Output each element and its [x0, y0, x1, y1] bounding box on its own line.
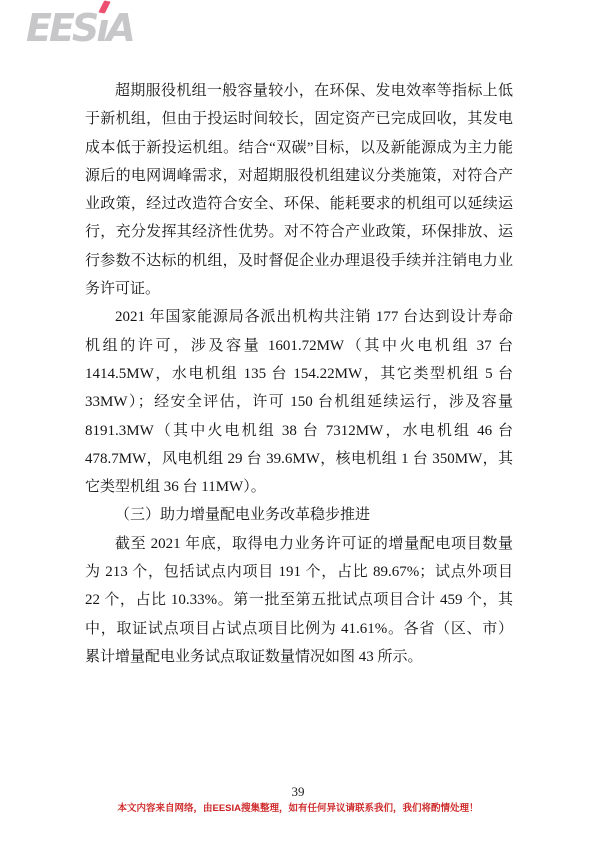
text-line: 机组的许可，涉及容量 1601.72MW（其中火电机组 37 台 [85, 332, 513, 360]
text-line: 行，充分发挥其经济性优势。对不符合产业政策，环保排放、运 [85, 218, 513, 246]
document-page: EESıA 超期服役机组一般容量较小，在环保、发电效率等指标上低于新机组，但由于… [0, 0, 596, 842]
logo-letter-i: ı [96, 5, 106, 51]
text-line: 2021 年国家能源局各派出机构共注销 177 台达到设计寿命 [85, 303, 513, 331]
page-number: 39 [0, 784, 596, 800]
text-line: 于新机组，但由于投运时间较长，固定资产已完成回收，其发电 [85, 105, 513, 133]
text-line: 行参数不达标的机组，及时督促企业办理退役手续并注销电力业 [85, 247, 513, 275]
text-line: 为 213 个，包括试点内项目 191 个，占比 89.67%；试点外项目 [85, 558, 513, 586]
text-line: 累计增量配电业务试点取证数量情况如图 43 所示。 [85, 643, 513, 671]
logo-text-prefix: EES [26, 6, 96, 50]
text-line: 22 个，占比 10.33%。第一批至第五批试点项目合计 459 个，其 [85, 586, 513, 614]
text-line: 超期服役机组一般容量较小，在环保、发电效率等指标上低 [85, 77, 513, 105]
document-body: 超期服役机组一般容量较小，在环保、发电效率等指标上低于新机组，但由于投运时间较长… [85, 77, 513, 671]
text-line: 成本低于新投运机组。结合“双碳”目标，以及新能源成为主力能 [85, 134, 513, 162]
text-line: 业政策，经过改造符合安全、环保、能耗要求的机组可以延续运 [85, 190, 513, 218]
text-line: 中，取证试点项目占试点项目比例为 41.61%。各省（区、市） [85, 615, 513, 643]
text-line: 截至 2021 年底，取得电力业务许可证的增量配电项目数量 [85, 530, 513, 558]
text-line: 478.7MW，风电机组 29 台 39.6MW，核电机组 1 台 350MW，… [85, 445, 513, 473]
logo-text-suffix: A [106, 6, 132, 50]
text-line: 33MW）；经安全评估，许可 150 台机组延续运行，涉及容量 [85, 388, 513, 416]
text-line: （三）助力增量配电业务改革稳步推进 [85, 501, 513, 529]
text-line: 1414.5MW，水电机组 135 台 154.22MW，其它类型机组 5 台 [85, 360, 513, 388]
footer-copyright-notice: 本文内容来自网络，由EESIA搜集整理，如有任何异议请联系我们，我们将酌情处理！ [0, 802, 596, 815]
text-line: 务许可证。 [85, 275, 513, 303]
text-line: 8191.3MW（其中火电机组 38 台 7312MW，水电机组 46 台 [85, 417, 513, 445]
text-line: 源后的电网调峰需求，对超期服役机组建议分类施策，对符合产 [85, 162, 513, 190]
eesia-logo: EESıA [26, 5, 133, 51]
text-line: 它类型机组 36 台 11MW）。 [85, 473, 513, 501]
